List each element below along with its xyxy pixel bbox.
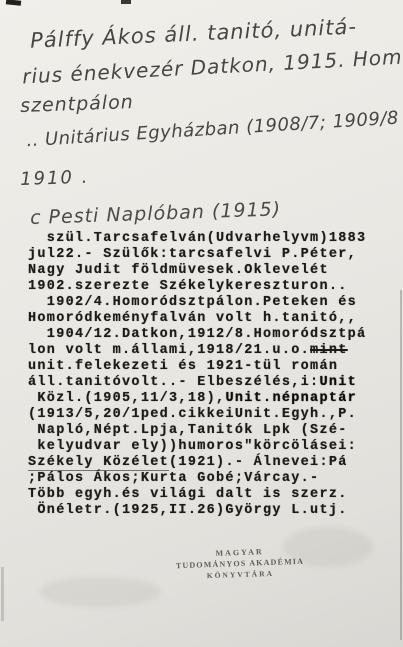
typed-line: Homoródkeményfalván volt h.tanitó,,	[28, 311, 392, 327]
typed-line: jul22.- Szülők:tarcsafelvi P.Péter,	[28, 247, 392, 263]
handwritten-line-year: 1910 .	[20, 155, 403, 190]
typed-line: 1904/12.Datkon,1912/8.Homoródsztpá	[28, 327, 392, 343]
typed-line: unit.felekezeti és 1921-tül román	[28, 359, 392, 375]
typed-line: ;Pálos Ákos;Kurta Gobé;Várcay.-	[28, 471, 392, 487]
typed-biography-block: szül.Tarcsafelván(Udvarhelyvm)1883jul22.…	[28, 231, 392, 519]
typed-line: áll.tanitóvolt..- Elbeszélés,i:Unit	[28, 375, 392, 391]
handwritten-note-pesti-naplo: c Pesti Naplóban (1915)	[30, 193, 403, 229]
scan-artifact-right-edge	[400, 290, 402, 640]
typed-line: 1902/4.Homoródsztpálon.Peteken és	[28, 295, 392, 311]
typed-line: Napló,Népt.Lpja,Tanitók Lpk (Szé-	[28, 423, 392, 439]
typed-line: (1913/5,20/1ped.cikkeiUnit.Egyh.,P.	[28, 407, 392, 423]
scanned-biography-card: Pálffy Ákos áll. tanitó, unitá- rius éne…	[0, 0, 403, 647]
typed-line: Nagy Judit földmüvesek.Oklevelét	[28, 263, 392, 279]
typed-line: Több egyh.és világi dalt is szerz.	[28, 487, 392, 503]
library-stamp: MAGYAR TUDOMÁNYOS AKADÉMIA KÖNYVTÁRA	[149, 544, 330, 583]
scan-artifact-top-left	[6, 0, 21, 6]
typed-line: Közl.(1905,11/3,18),Unit.népnaptár	[28, 391, 392, 407]
typed-line: Székely Közélet(1921).- Álnevei:Pá	[28, 455, 392, 471]
typed-line: kelyudvar ely))humoros"körcölásei:	[28, 439, 392, 455]
scan-artifact-top-middle	[121, 0, 131, 4]
typed-line: 1902.szerezte Székelykereszturon..	[28, 279, 392, 295]
scan-artifact-bottom-left	[1, 567, 4, 621]
typed-line: szül.Tarcsafelván(Udvarhelyvm)1883	[28, 231, 392, 247]
typed-line: lon volt m.állami,1918/21.u.o.mint	[28, 343, 392, 359]
paper-smudge	[40, 577, 160, 607]
typed-line: Önéletr.(1925,II.26)György L.utj.	[28, 503, 392, 519]
